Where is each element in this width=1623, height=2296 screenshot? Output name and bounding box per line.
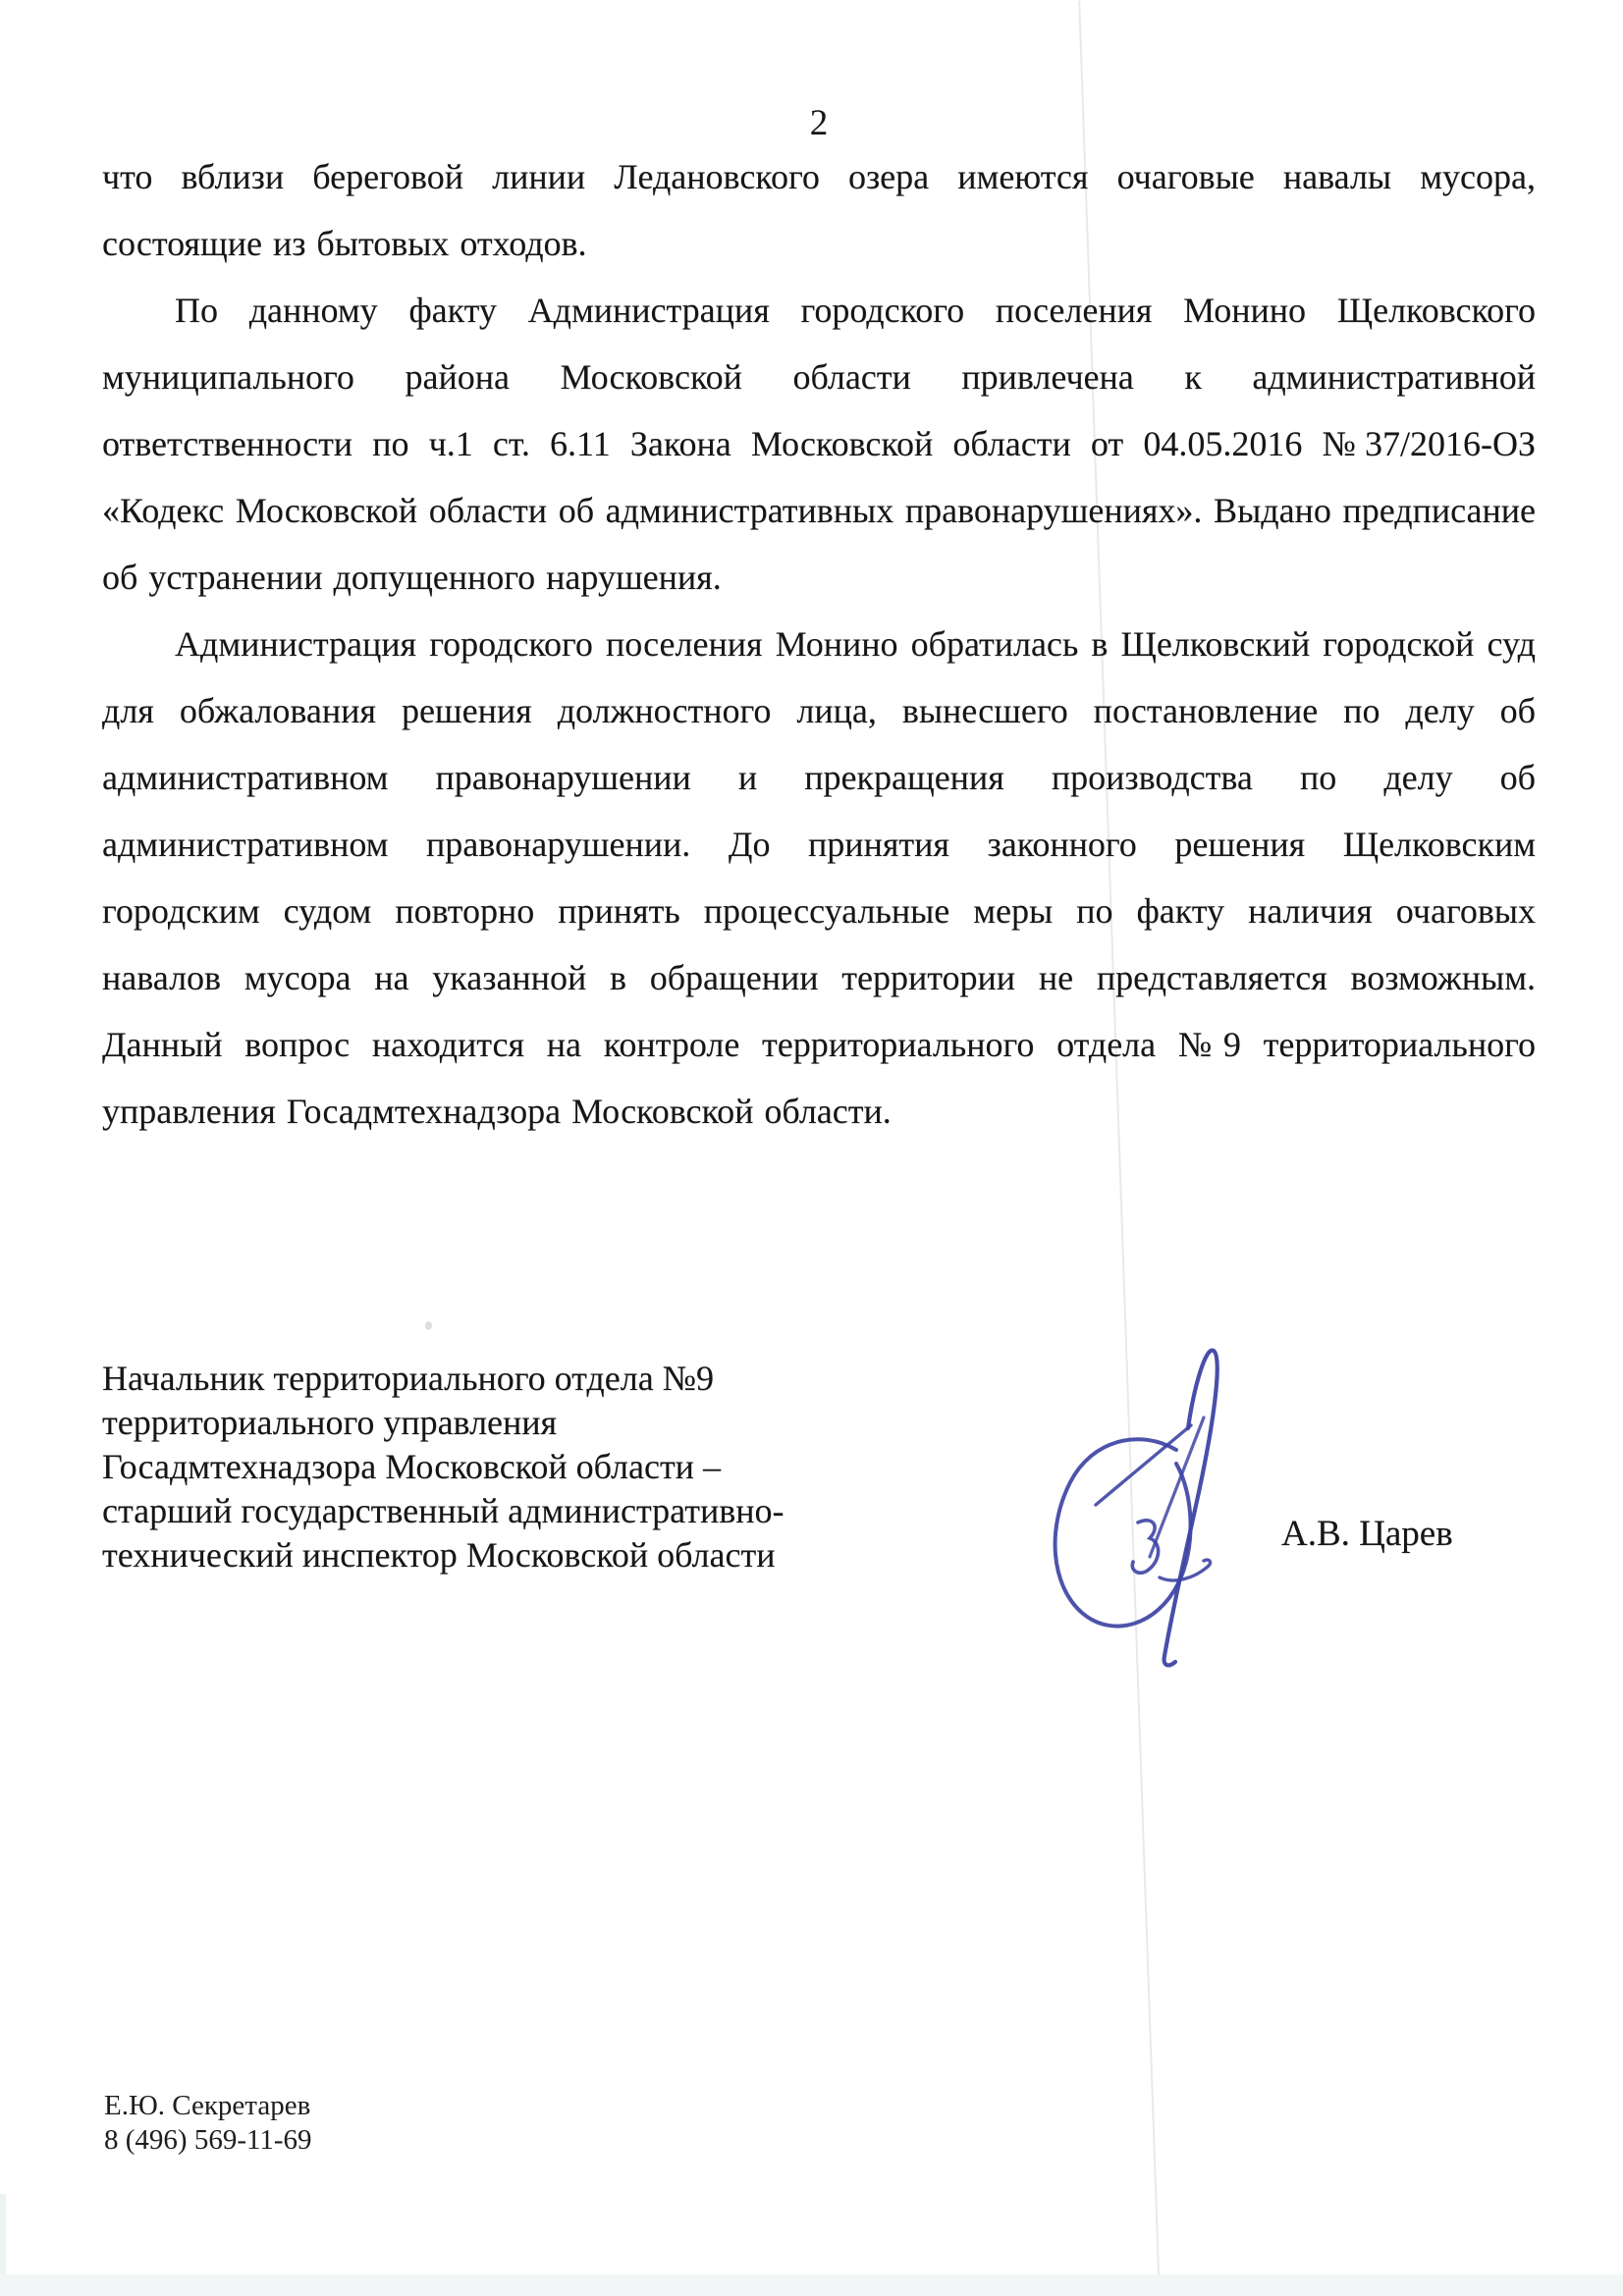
executor-footer: Е.Ю. Секретарев 8 (496) 569-11-69 xyxy=(104,2089,312,2158)
executor-phone: 8 (496) 569-11-69 xyxy=(104,2123,312,2158)
executor-name: Е.Ю. Секретарев xyxy=(104,2089,312,2123)
signature-oval-stroke xyxy=(1055,1439,1191,1626)
signatory-title-line-4: старший государственный административно- xyxy=(102,1489,927,1533)
page-left-edge-shadow xyxy=(0,2194,6,2274)
page-number: 2 xyxy=(102,100,1536,147)
handwritten-signature-ink xyxy=(1001,1271,1296,1683)
signatory-title-line-5: технический инспектор Московской области xyxy=(102,1533,927,1577)
signer-name: А.В. Царев xyxy=(1281,1512,1453,1557)
signatory-title-line-2: территориального управления xyxy=(102,1401,927,1445)
signatory-title-block: Начальник территориального отдела №9 тер… xyxy=(102,1357,927,1577)
body-paragraph-2: По данному факту Администрация городског… xyxy=(102,277,1536,611)
document-page: 2 что вблизи береговой линии Ледановског… xyxy=(0,0,1623,2296)
document-body: что вблизи береговой линии Ледановского … xyxy=(102,143,1536,1145)
body-paragraph-1: что вблизи береговой линии Ледановского … xyxy=(102,143,1536,277)
page-bottom-edge xyxy=(0,2274,1623,2296)
body-paragraph-3: Администрация городского поселения Монин… xyxy=(102,611,1536,1145)
signatory-title-line-3: Госадмтехнадзора Московской области – xyxy=(102,1445,927,1489)
scan-speck xyxy=(425,1321,432,1330)
signatory-title-line-1: Начальник территориального отдела №9 xyxy=(102,1357,927,1401)
